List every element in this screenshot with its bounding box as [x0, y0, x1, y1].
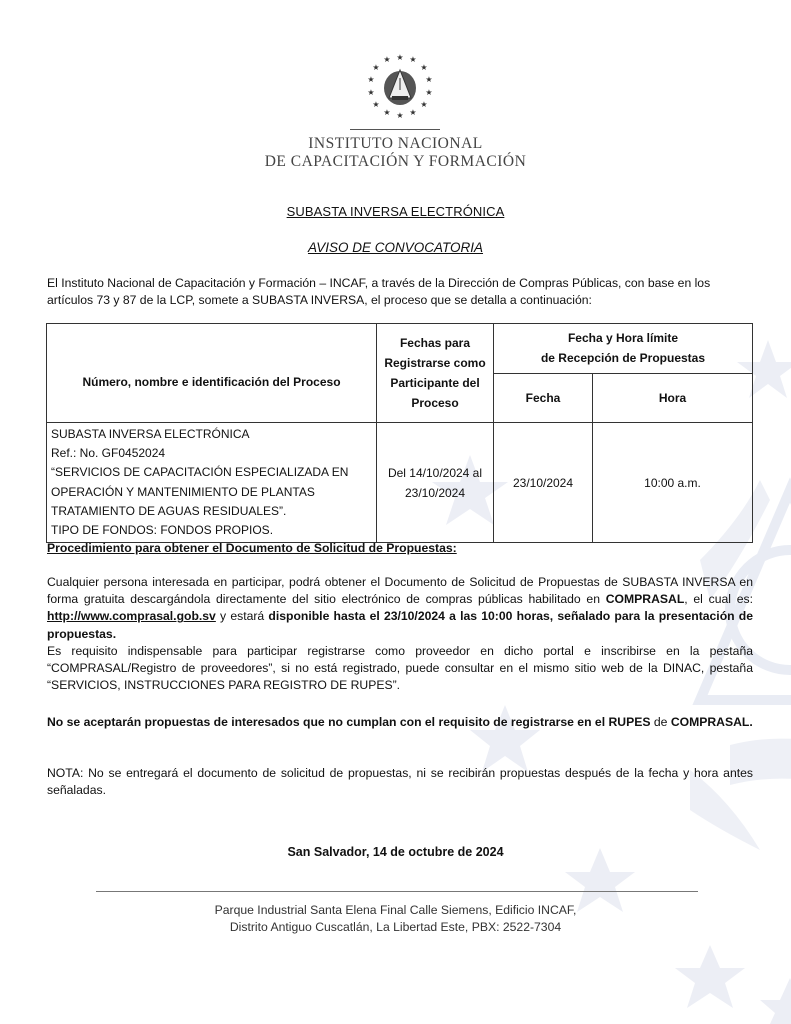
rupes-requirement-paragraph: No se aceptarán propuestas de interesado… — [47, 714, 753, 731]
header-process: Número, nombre e identificación del Proc… — [47, 324, 377, 423]
document-subtitle: AVISO DE CONVOCATORIA — [0, 240, 791, 255]
process-line: Ref.: No. GF0452024 — [51, 444, 372, 463]
cell-deadline-time: 10:00 a.m. — [593, 423, 753, 543]
svg-text:★: ★ — [409, 108, 416, 117]
process-line: OPERACIÓN Y MANTENIMIENTO DE PLANTAS — [51, 483, 372, 502]
footer-divider — [96, 891, 698, 892]
svg-text:★: ★ — [425, 88, 432, 97]
cell-registration-dates: Del 14/10/2024 al 23/10/2024 — [377, 423, 494, 543]
header-registration-dates: Fechas para Registrarse como Participant… — [377, 324, 494, 423]
svg-text:★: ★ — [383, 108, 390, 117]
document-title: SUBASTA INVERSA ELECTRÓNICA — [0, 204, 791, 219]
text: de — [650, 715, 670, 729]
process-table: Número, nombre e identificación del Proc… — [46, 323, 753, 543]
header-registration-line: Proceso — [377, 393, 493, 413]
process-line: TIPO DE FONDOS: FONDOS PROPIOS. — [51, 521, 372, 540]
header-deadline-line: de Recepción de Propuestas — [494, 348, 752, 368]
header-registration-line: Registrarse como — [377, 353, 493, 373]
process-line: SUBASTA INVERSA ELECTRÓNICA — [51, 425, 372, 444]
table-header-row: Número, nombre e identificación del Proc… — [47, 324, 753, 374]
intro-paragraph: El Instituto Nacional de Capacitación y … — [47, 275, 747, 309]
procedure-heading: Procedimiento para obtener el Documento … — [47, 541, 457, 555]
svg-text:★: ★ — [367, 75, 374, 84]
header-registration-line: Participante del — [377, 373, 493, 393]
svg-text:★: ★ — [396, 53, 403, 62]
registration-date-line: Del 14/10/2024 al — [377, 463, 493, 483]
header-time: Hora — [593, 373, 753, 423]
svg-text:★: ★ — [409, 55, 416, 64]
logo-divider — [350, 129, 440, 130]
bold-text: COMPRASAL. — [671, 715, 753, 729]
procedure-paragraph-2: Es requisito indispensable para particip… — [47, 643, 753, 695]
table-row: SUBASTA INVERSA ELECTRÓNICA Ref.: No. GF… — [47, 423, 753, 543]
bold-text: COMPRASAL — [606, 592, 685, 606]
header-date: Fecha — [494, 373, 593, 423]
footer-address-line1: Parque Industrial Santa Elena Final Call… — [0, 903, 791, 917]
svg-text:★: ★ — [372, 100, 379, 109]
el-salvador-coat-of-arms-icon: ★ ★ ★ ★ ★ ★ ★ ★ ★ ★ ★ ★ ★ ★ — [345, 52, 455, 122]
svg-text:★: ★ — [383, 55, 390, 64]
svg-text:★: ★ — [420, 63, 427, 72]
svg-text:★: ★ — [367, 88, 374, 97]
text: , el cual es: — [684, 592, 753, 606]
svg-text:★: ★ — [396, 111, 403, 120]
comprasal-link[interactable]: http://www.comprasal.gob.sv — [47, 609, 216, 623]
cell-deadline-date: 23/10/2024 — [494, 423, 593, 543]
bold-text: No se aceptarán propuestas de interesado… — [47, 715, 650, 729]
svg-text:★: ★ — [372, 63, 379, 72]
svg-text:★: ★ — [425, 75, 432, 84]
registration-date-line: 23/10/2024 — [377, 483, 493, 503]
header-registration-line: Fechas para — [377, 333, 493, 353]
header-deadline-line: Fecha y Hora límite — [494, 328, 752, 348]
footer-address-line2: Distrito Antiguo Cuscatlán, La Libertad … — [0, 920, 791, 934]
header-deadline: Fecha y Hora límite de Recepción de Prop… — [494, 324, 753, 374]
process-line: “SERVICIOS DE CAPACITACIÓN ESPECIALIZADA… — [51, 463, 372, 482]
note-paragraph: NOTA: No se entregará el documento de so… — [47, 765, 753, 799]
svg-text:★: ★ — [420, 100, 427, 109]
procedure-paragraph-1: Cualquier persona interesada en particip… — [47, 574, 753, 643]
text: y estará — [216, 609, 269, 623]
institution-name-line2: DE CAPACITACIÓN Y FORMACIÓN — [0, 153, 791, 171]
place-and-date: San Salvador, 14 de octubre de 2024 — [0, 845, 791, 859]
process-line: TRATAMIENTO DE AGUAS RESIDUALES”. — [51, 502, 372, 521]
cell-process: SUBASTA INVERSA ELECTRÓNICA Ref.: No. GF… — [47, 423, 377, 543]
institution-name-line1: INSTITUTO NACIONAL — [0, 135, 791, 153]
